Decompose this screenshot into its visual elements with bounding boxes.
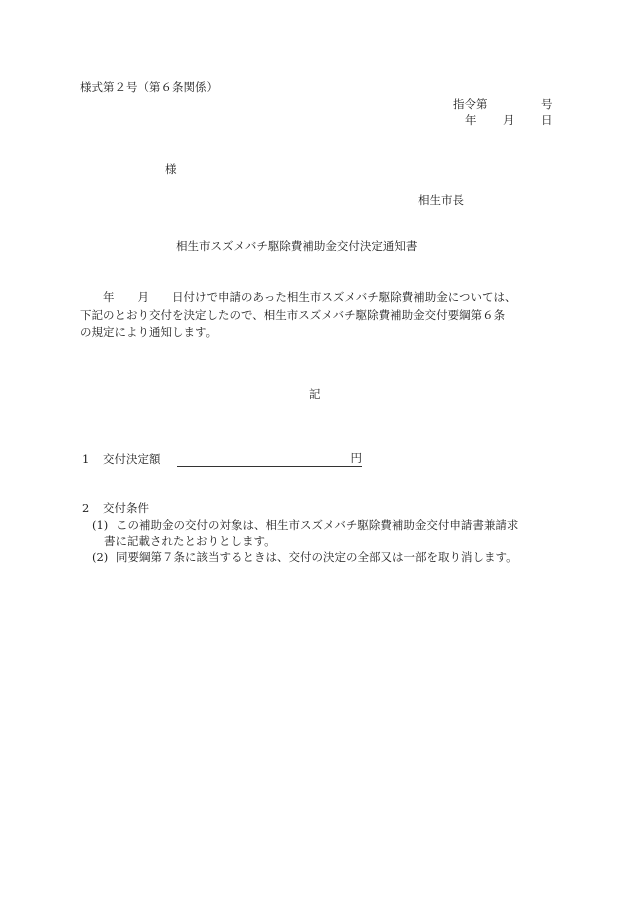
- item1-label: 交付決定額: [103, 452, 161, 466]
- instruction-number-prefix: 指令第: [453, 97, 488, 111]
- date-month: 月: [503, 113, 515, 127]
- date-year: 年: [465, 113, 477, 127]
- body-line-2: 下記のとおり交付を決定したので、相生市スズメバチ駆除費補助金交付要綱第６条: [80, 307, 555, 325]
- recipient-honorific: 様: [165, 162, 177, 176]
- condition-1-text-line-2: 書に記載されたとおりとします。: [104, 534, 276, 548]
- issuer-name: 相生市長: [418, 193, 464, 207]
- document-title: 相生市スズメバチ駆除費補助金交付決定通知書: [176, 239, 417, 253]
- condition-1-number: (1): [92, 518, 108, 532]
- condition-1-text-line-1: この補助金の交付の対象は、相生市スズメバチ駆除費補助金交付申請書兼請求: [116, 518, 518, 532]
- date-day: 日: [541, 113, 553, 127]
- body-line-3: の規定により通知します。: [80, 324, 555, 342]
- form-label: 様式第２号（第６条関係）: [80, 80, 218, 94]
- condition-2-text-line-1: 同要綱第７条に該当するときは、交付の決定の全部又は一部を取り消します。: [116, 550, 518, 564]
- ki-heading: 記: [309, 387, 321, 401]
- body-paragraph: 年 月 日付けで申請のあった相生市スズメバチ駆除費補助金については、 下記のとお…: [80, 289, 555, 342]
- grant-amount-field: 円: [177, 451, 362, 467]
- yen-unit: 円: [351, 451, 363, 465]
- item2-number: 2: [82, 501, 89, 515]
- body-line-1: 年 月 日付けで申請のあった相生市スズメバチ駆除費補助金については、: [80, 289, 555, 307]
- item1-number: 1: [82, 452, 89, 466]
- instruction-number-suffix: 号: [541, 97, 553, 111]
- condition-2-number: (2): [92, 550, 108, 564]
- item2-label: 交付条件: [103, 501, 149, 515]
